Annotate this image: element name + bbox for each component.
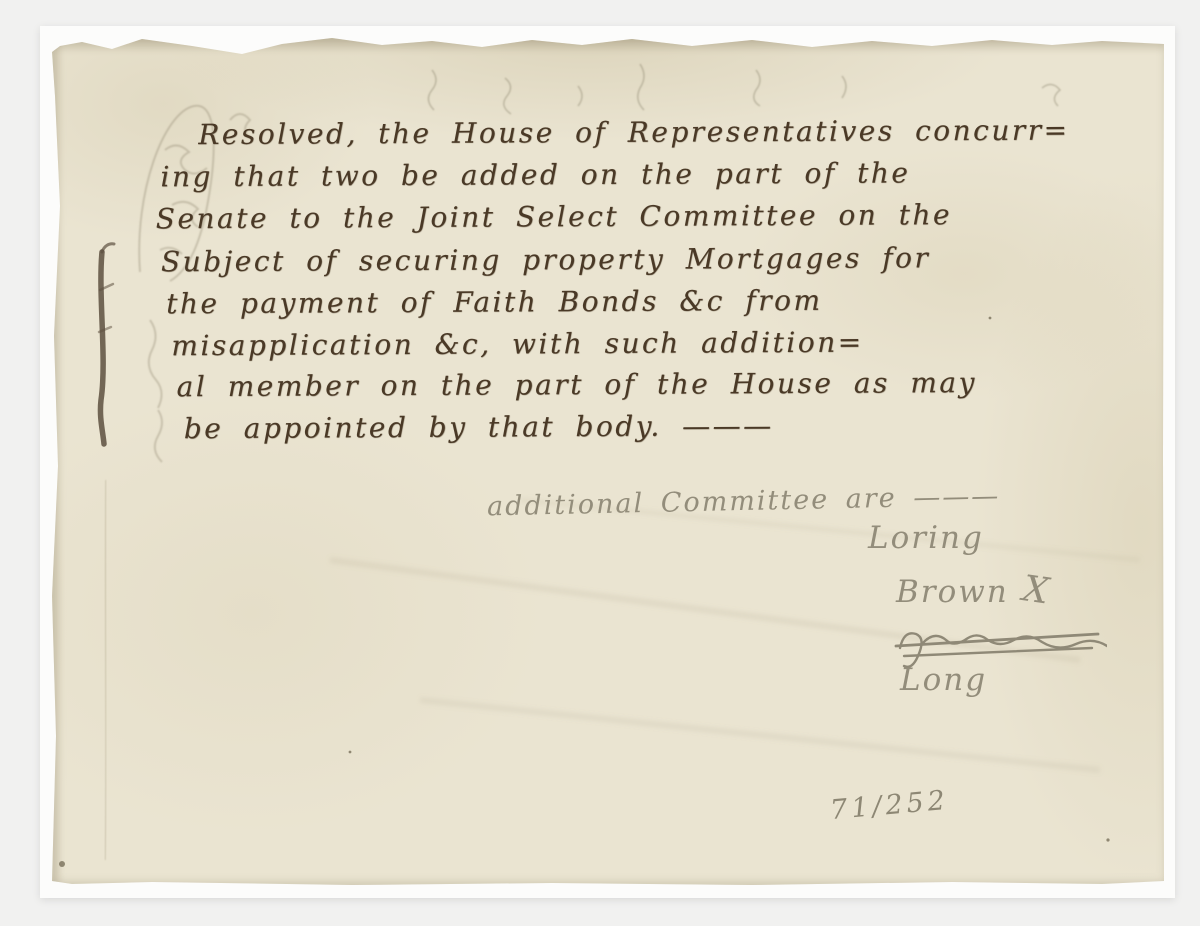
manuscript-line-1: Resolved, the House of Representatives c…	[198, 114, 1069, 152]
manuscript-line-6: misapplication &c, with such addition=	[171, 326, 863, 363]
manuscript-line-3: Senate to the Joint Select Committee on …	[156, 198, 953, 235]
manuscript-line-4: Subject of securing property Mortgages f…	[161, 241, 931, 278]
manuscript-line-2: ing that two be added on the part of the	[160, 156, 910, 193]
brown-cross-mark: X	[1020, 568, 1053, 612]
manuscript-line-7: al member on the part of the House as ma…	[177, 366, 977, 403]
manuscript-line-5: the payment of Faith Bonds &c from	[166, 284, 822, 320]
scanned-document-page: Resolved, the House of Representatives c…	[0, 0, 1200, 926]
manuscript-line-8: be appointed by that body. ———	[184, 409, 774, 445]
ink-text-block: Resolved, the House of Representatives c…	[0, 0, 1200, 926]
committee-name-brown: BrownX	[896, 570, 1050, 611]
committee-name-loring: Loring	[868, 520, 984, 556]
committee-name-long: Long	[900, 662, 987, 698]
